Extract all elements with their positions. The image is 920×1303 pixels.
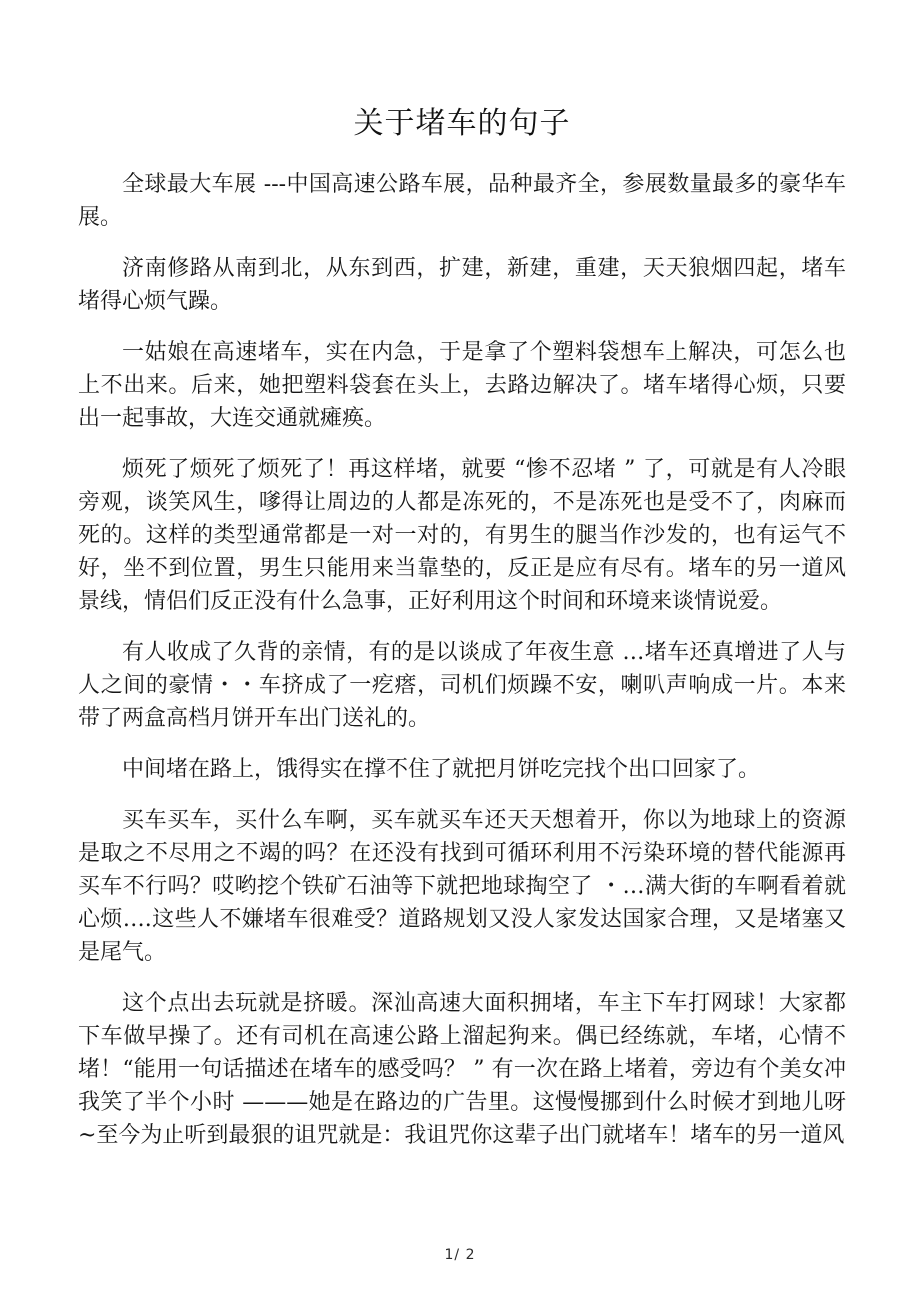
paragraph: 买车买车，买什么车啊，买车就买车还天天想着开，你以为地球上的资源是取之不尽用之不… (78, 804, 846, 969)
document-content: 关于堵车的句子 全球最大车展 ---中国高速公路车展，品种最齐全，参展数量最多的… (0, 0, 920, 1152)
paragraph: 全球最大车展 ---中国高速公路车展，品种最齐全，参展数量最多的豪华车展。 (78, 168, 846, 234)
paragraph: 中间堵在路上，饿得实在撑不住了就把月饼吃完找个出口回家了。 (78, 753, 846, 786)
page-number: 1/ 2 (445, 1247, 476, 1263)
page-footer: 1/ 2 (0, 1244, 920, 1263)
paragraph: 一姑娘在高速堵车，实在内急，于是拿了个塑料袋想车上解决，可怎么也上不出来。后来，… (78, 336, 846, 435)
paragraph: 济南修路从南到北，从东到西，扩建，新建，重建，天天狼烟四起，堵车堵得心烦气躁。 (78, 252, 846, 318)
document-title: 关于堵车的句子 (78, 98, 846, 142)
paragraph: 烦死了烦死了烦死了！再这样堵，就要 “惨不忍堵 ” 了，可就是有人冷眼旁观，谈笑… (78, 453, 846, 618)
paragraph: 这个点出去玩就是挤暖。深汕高速大面积拥堵，车主下车打网球！大家都下车做早操了。还… (78, 987, 846, 1152)
document-page: 关于堵车的句子 全球最大车展 ---中国高速公路车展，品种最齐全，参展数量最多的… (0, 0, 920, 1303)
paragraph: 有人收成了久背的亲情，有的是以谈成了年夜生意 …堵车还真增进了人与人之间的豪情・… (78, 636, 846, 735)
